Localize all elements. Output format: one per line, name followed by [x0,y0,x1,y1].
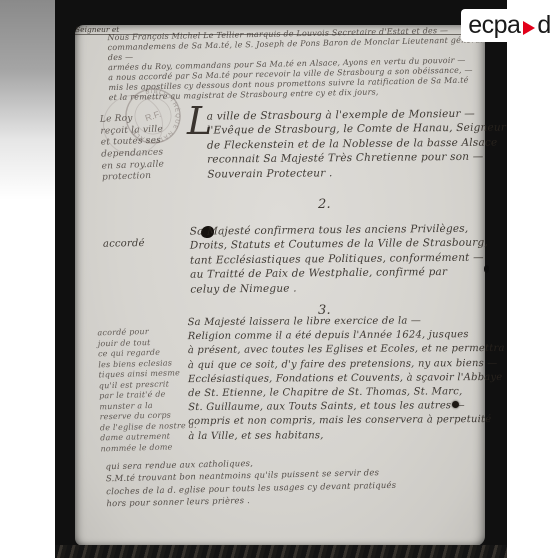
ink-dot [452,401,459,408]
manuscript-page: Nous François Michel Le Tellier marquis … [75,25,485,546]
article-1-text: a ville de Strasbourg à l'exemple de Mon… [207,106,508,182]
section-2-heading: 2. [318,197,331,214]
margin-note-royal-protection: Le Roy reçoit la ville et toutes ses dep… [100,111,198,184]
film-nick-mark [484,265,489,273]
red-triangle-icon [523,21,535,35]
article-3-text: Sa Majesté laissera le libre exercice de… [188,314,507,444]
photo-bottom-edge [55,545,507,558]
margin-note-accorde: accordé [103,236,183,250]
ecpad-logo: ecpa d [461,9,558,42]
left-shadow-strip [0,0,57,200]
photograph-frame: Nous François Michel Le Tellier marquis … [55,0,507,558]
footer-note-text: qui sera rendue aux catholiques, S.M.té … [105,453,486,511]
article-2-text: Sa Majesté confirmera tous les anciens P… [190,221,503,297]
archival-photo-page: Nous François Michel Le Tellier marquis … [0,0,558,558]
ecpad-logo-prefix: ecpa [468,11,520,40]
ecpad-logo-suffix: d [537,11,550,40]
